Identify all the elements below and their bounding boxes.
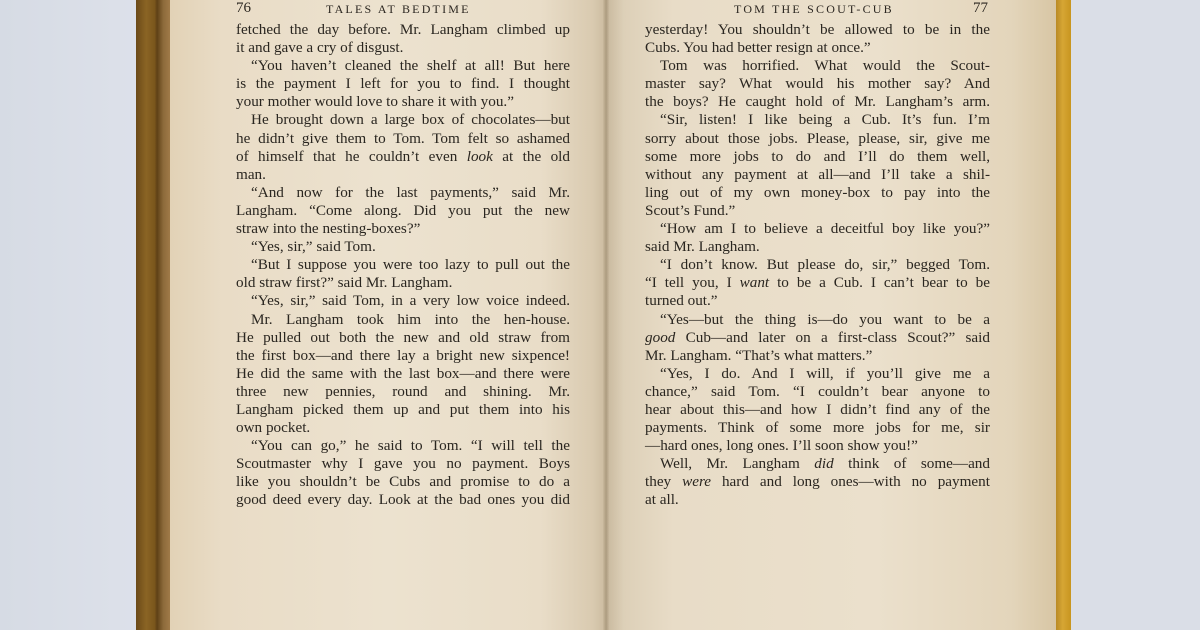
- text-line: Langham. “Come along. Did you put the ne…: [236, 202, 570, 220]
- text-line: the boys? He caught hold of Mr. Langham’…: [645, 93, 990, 111]
- text-line: three new pennies, round and shining. Mr…: [236, 383, 570, 401]
- text-line: at all.: [645, 491, 990, 509]
- text-line: Mr. Langham. “That’s what matters.”: [645, 347, 990, 365]
- text-line: —hard ones, long ones. I’ll soon show yo…: [645, 437, 990, 455]
- text-line: man.: [236, 166, 570, 184]
- text-line: ling out of my own money-box to pay into…: [645, 184, 990, 202]
- text-line: own pocket.: [236, 419, 570, 437]
- text-line: the first box—and there lay a bright new…: [236, 347, 570, 365]
- text-line: your mother would love to share it with …: [236, 93, 570, 111]
- text-line: old straw first?” said Mr. Langham.: [236, 274, 570, 292]
- emphasized-word: were: [682, 473, 711, 490]
- text-line: Scoutmaster why I gave you no payment. B…: [236, 455, 570, 473]
- text-line: they were hard and long ones—with no pay…: [645, 473, 990, 491]
- text-line: Well, Mr. Langham did think of some—and: [645, 455, 990, 473]
- text-line: of himself that he couldn’t even look at…: [236, 148, 570, 166]
- book-gutter: [603, 0, 609, 630]
- book-cover-spine-left: [136, 0, 170, 630]
- text-line: “Yes, sir,” said Tom.: [236, 238, 570, 256]
- text-line: Langham picked them up and put them into…: [236, 401, 570, 419]
- text-line: “Sir, listen! I like being a Cub. It’s f…: [645, 111, 990, 129]
- text-line: “I tell you, I want to be a Cub. I can’t…: [645, 274, 990, 292]
- text-line: he didn’t give them to Tom. Tom felt so …: [236, 130, 570, 148]
- text-line: Cubs. You had better resign at once.”: [645, 39, 990, 57]
- text-line: “Yes, sir,” said Tom, in a very low voic…: [236, 292, 570, 310]
- text-line: chance,” said Tom. “I couldn’t bear anyo…: [645, 383, 990, 401]
- text-line: Tom was horrified. What would the Scout-: [645, 57, 990, 75]
- emphasized-word: look: [467, 148, 493, 165]
- text-line: is the payment I left for you to find. I…: [236, 75, 570, 93]
- text-line: master say? What would his mother say? A…: [645, 75, 990, 93]
- text-line: it and gave a cry of disgust.: [236, 39, 570, 57]
- text-line: He pulled out both the new and old straw…: [236, 329, 570, 347]
- text-line: “You can go,” he said to Tom. “I will te…: [236, 437, 570, 455]
- emphasized-word: did: [814, 455, 833, 472]
- left-page-body-text: fetched the day before. Mr. Langham clim…: [236, 21, 570, 510]
- text-line: “You haven’t cleaned the shelf at all! B…: [236, 57, 570, 75]
- text-line: yesterday! You shouldn’t be allowed to b…: [645, 21, 990, 39]
- right-page-body-text: yesterday! You shouldn’t be allowed to b…: [645, 21, 990, 510]
- text-line: said Mr. Langham.: [645, 238, 990, 256]
- text-line: Scout’s Fund.”: [645, 202, 990, 220]
- book-cover-edge-right: [1056, 0, 1071, 630]
- text-line: “I don’t know. But please do, sir,” begg…: [645, 256, 990, 274]
- right-page-number: 77: [973, 0, 988, 17]
- background: [0, 0, 140, 630]
- text-line: “Yes, I do. And I will, if you’ll give m…: [645, 365, 990, 383]
- text-line: fetched the day before. Mr. Langham clim…: [236, 21, 570, 39]
- text-line: hear about this—and how I didn’t find an…: [645, 401, 990, 419]
- text-line: straw into the nesting-boxes?”: [236, 220, 570, 238]
- text-line: He did the same with the last box—and th…: [236, 365, 570, 383]
- right-running-head: TOM THE SCOUT-CUB: [734, 2, 894, 20]
- emphasized-word: want: [740, 274, 770, 291]
- text-line: He brought down a large box of chocolate…: [236, 111, 570, 129]
- text-line: “How am I to believe a deceitful boy lik…: [645, 220, 990, 238]
- text-line: good deed every day. Look at the bad one…: [236, 491, 570, 509]
- text-line: “Yes—but the thing is—do you want to be …: [645, 311, 990, 329]
- text-line: “And now for the last payments,” said Mr…: [236, 184, 570, 202]
- text-line: Mr. Langham took him into the hen-house.: [236, 311, 570, 329]
- text-line: good Cub—and later on a first-class Scou…: [645, 329, 990, 347]
- text-line: without any payment at all—and I’ll take…: [645, 166, 990, 184]
- text-line: payments. Think of some more jobs for me…: [645, 419, 990, 437]
- left-page-number: 76: [236, 0, 251, 17]
- text-line: “But I suppose you were too lazy to pull…: [236, 256, 570, 274]
- text-line: sorry about those jobs. Please, please, …: [645, 130, 990, 148]
- text-line: some more jobs to do and I’ll do them we…: [645, 148, 990, 166]
- text-line: turned out.”: [645, 292, 990, 310]
- left-running-head: TALES AT BEDTIME: [326, 2, 471, 20]
- text-line: like you shouldn’t be Cubs and promise t…: [236, 473, 570, 491]
- emphasized-word: good: [645, 329, 675, 346]
